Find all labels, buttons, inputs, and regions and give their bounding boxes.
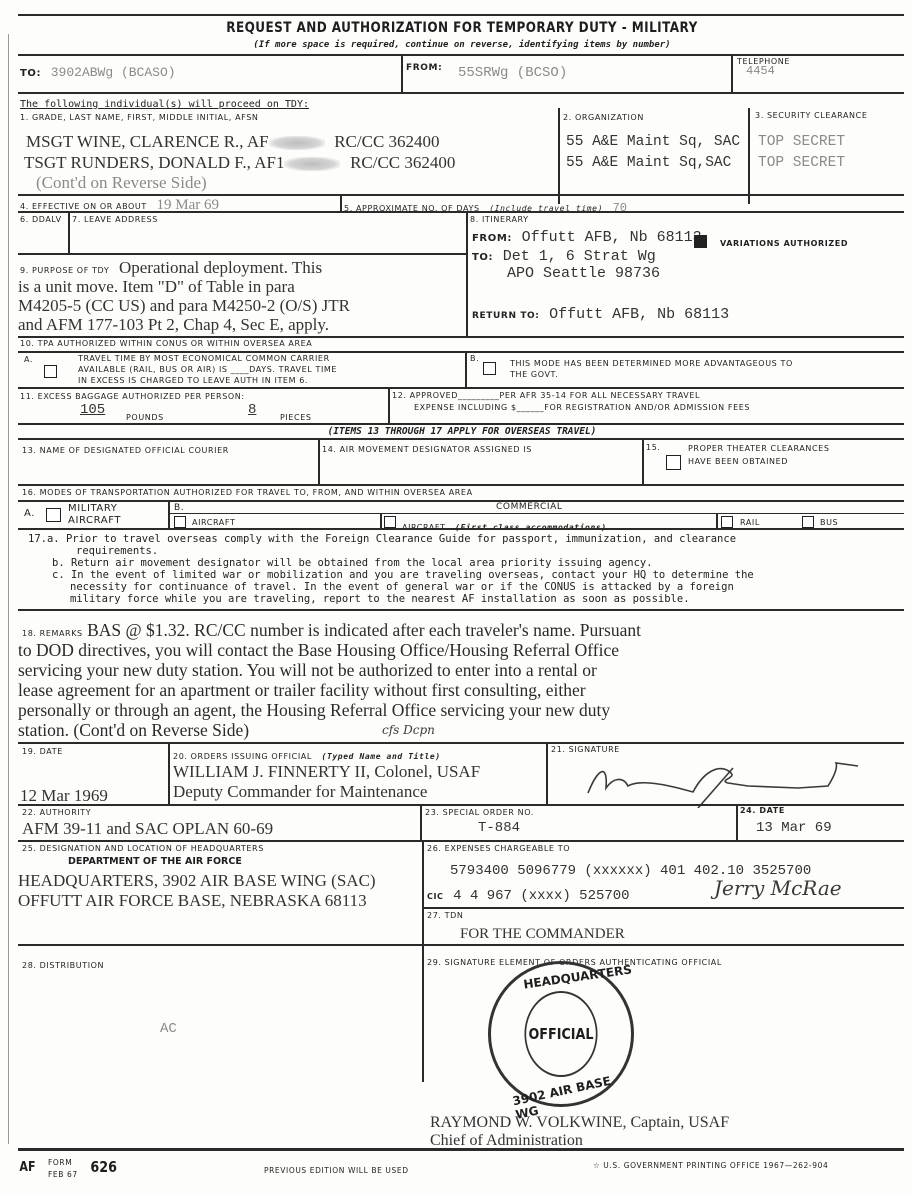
traveler-organization: 55 A&E Maint Sq,SAC xyxy=(566,155,731,171)
remarks-line: station. (Cont'd on Reverse Side) xyxy=(18,720,249,740)
issuing-official-name: WILLIAM J. FINNERTY II, Colonel, USAF xyxy=(173,762,480,782)
form-title: REQUEST AND AUTHORIZATION FOR TEMPORARY … xyxy=(80,20,844,36)
remarks-line: to DOD directives, you will contact the … xyxy=(18,640,619,660)
name-column-label: 1. GRADE, LAST NAME, FIRST, MIDDLE INITI… xyxy=(20,113,258,122)
item-5-approx-days: 5. APPROXIMATE NO. OF DAYS (Include trav… xyxy=(344,198,627,216)
item-8-itinerary-label: 8. ITINERARY xyxy=(470,215,529,224)
tpa-advantageous-checkbox[interactable] xyxy=(483,362,496,375)
item-12-line2: EXPENSE INCLUDING $______FOR REGISTRATIO… xyxy=(414,403,750,412)
traveler-rccc: RC/CC 362400 xyxy=(350,153,455,172)
headquarters-line2: OFFUTT AIR FORCE BASE, NEBRASKA 68113 xyxy=(18,891,367,911)
official-seal: HEADQUARTERS OFFICIAL 3902 AIR BASE WG xyxy=(488,961,634,1107)
variations-authorized-checkbox[interactable] xyxy=(694,235,707,248)
itinerary-to: TO: Det 1, 6 Strat Wg xyxy=(472,247,656,265)
item-9-purpose: 9. PURPOSE OF TDY Operational deployment… xyxy=(20,258,322,278)
itinerary-to-line2: APO Seattle 98736 xyxy=(507,265,660,282)
headquarters-line1: HEADQUARTERS, 3902 AIR BASE WING (SAC) xyxy=(18,871,376,891)
travelers-continued: (Cont'd on Reverse Side) xyxy=(36,173,207,193)
purpose-line: and AFM 177-103 Pt 2, Chap 4, Sec E, app… xyxy=(18,315,329,335)
military-aircraft-checkbox[interactable] xyxy=(46,508,61,522)
remarks-line: lease agreement for an apartment or trai… xyxy=(18,680,586,700)
organization-column-label: 2. ORGANIZATION xyxy=(563,113,644,122)
item-11-label: 11. EXCESS BAGGAGE AUTHORIZED PER PERSON… xyxy=(20,392,245,401)
printing-office-note: ☆ U.S. GOVERNMENT PRINTING OFFICE 1967—2… xyxy=(593,1161,828,1170)
item-16-label: 16. MODES OF TRANSPORTATION AUTHORIZED F… xyxy=(22,488,473,497)
item-24-label: 24. DATE xyxy=(740,806,785,815)
item-21-label: 21. SIGNATURE xyxy=(551,745,620,754)
form-number: 626 xyxy=(90,1158,117,1176)
traveler-organization: 55 A&E Maint Sq, SAC xyxy=(566,134,740,150)
commercial-aircraft-checkbox[interactable] xyxy=(174,516,186,528)
expenses-initials: Jerry McRae xyxy=(714,876,842,900)
variations-authorized-label: VARIATIONS AUTHORIZED xyxy=(720,239,848,248)
authenticating-official-name: RAYMOND W. VOLKWINE, Captain, USAF xyxy=(430,1114,729,1132)
clearance-column-label: 3. SECURITY CLEARANCE xyxy=(755,111,868,120)
purpose-line: M4205-5 (CC US) and para M4250-2 (O/S) J… xyxy=(18,296,350,316)
item-7-leave-address: 7. LEAVE ADDRESS xyxy=(72,215,158,224)
issuing-official-title: Deputy Commander for Maintenance xyxy=(173,782,427,802)
traveler-row: MSGT WINE, CLARENCE R., AF RC/CC 362400 xyxy=(26,132,440,152)
department-label: DEPARTMENT OF THE AIR FORCE xyxy=(68,856,242,867)
remarks-line: servicing your new duty station. You wil… xyxy=(18,660,597,680)
to-value: 3902ABWg (BCASO) xyxy=(51,65,176,80)
item-23-label: 23. SPECIAL ORDER NO. xyxy=(425,808,534,817)
traveler-clearance: TOP SECRET xyxy=(758,155,845,171)
item-25-label: 25. DESIGNATION AND LOCATION OF HEADQUAR… xyxy=(22,844,264,853)
item-10-label: 10. TPA AUTHORIZED WITHIN CONUS OR WITHI… xyxy=(20,339,312,348)
bus-checkbox[interactable] xyxy=(802,516,814,528)
tdn-value: FOR THE COMMANDER xyxy=(460,926,625,943)
previous-edition-note: PREVIOUS EDITION WILL BE USED xyxy=(264,1166,409,1175)
theater-clearance-checkbox[interactable] xyxy=(666,455,681,470)
purpose-line: is a unit move. Item "D" of Table in par… xyxy=(18,277,295,297)
telephone-value: 4454 xyxy=(746,64,775,78)
traveler-row: TSGT RUNDERS, DONALD F., AF1 RC/CC 36240… xyxy=(24,153,455,173)
traveler-rccc: RC/CC 362400 xyxy=(334,132,439,151)
special-order-value: T-884 xyxy=(478,820,520,836)
signature-scribble xyxy=(568,758,888,808)
distribution-value: AC xyxy=(160,1021,177,1037)
first-class-aircraft-checkbox[interactable] xyxy=(384,516,396,528)
commercial-label: COMMERCIAL xyxy=(496,502,563,512)
item-12-line1: 12. APPROVED_________PER AFR 35-14 FOR A… xyxy=(392,391,700,400)
authority-value: AFM 39-11 and SAC OPLAN 60-69 xyxy=(22,819,273,839)
item-19-date: 12 Mar 1969 xyxy=(20,786,108,806)
redacted-afsn xyxy=(269,136,325,150)
traveler-clearance: TOP SECRET xyxy=(758,134,845,150)
tpa-travel-time-checkbox[interactable] xyxy=(44,365,57,378)
item-26-label: 26. EXPENSES CHARGEABLE TO xyxy=(427,844,570,853)
item-27-label: 27. TDN xyxy=(427,911,464,920)
travelers-intro: The following individual(s) will proceed… xyxy=(20,98,309,111)
to-field: TO: 3902ABWg (BCASO) xyxy=(20,63,176,81)
baggage-pounds-value: 105 xyxy=(80,402,105,418)
item-14-air-movement: 14. AIR MOVEMENT DESIGNATOR ASSIGNED IS xyxy=(322,445,532,454)
redacted-afsn xyxy=(284,157,340,171)
from-value: 55SRWg (BCSO) xyxy=(458,65,567,81)
item-19-label: 19. DATE xyxy=(22,747,63,756)
form-subtitle: (If more space is required, continue on … xyxy=(18,40,906,50)
item-22-label: 22. AUTHORITY xyxy=(22,808,91,817)
baggage-pieces-value: 8 xyxy=(248,402,256,418)
remarks-line: personally or through an agent, the Hous… xyxy=(18,700,610,720)
itinerary-from: FROM: Offutt AFB, Nb 68113 xyxy=(472,228,702,246)
from-field: FROM: xyxy=(406,57,442,75)
traveler-name: MSGT WINE, CLARENCE R., AF xyxy=(26,132,269,151)
traveler-name: TSGT RUNDERS, DONALD F., AF1 xyxy=(24,153,284,172)
footer-af: AF xyxy=(19,1160,35,1175)
order-date-value: 13 Mar 69 xyxy=(756,820,832,836)
overseas-banner: (ITEMS 13 THROUGH 17 APPLY FOR OVERSEAS … xyxy=(18,426,906,437)
remarks-handwritten-initials: cfs Dcpn xyxy=(382,723,435,737)
expenses-line2: 4 4 967 (xxxx) 525700 xyxy=(453,888,629,904)
itinerary-return: RETURN TO: Offutt AFB, Nb 68113 xyxy=(472,305,729,323)
item-13-courier: 13. NAME OF DESIGNATED OFFICIAL COURIER xyxy=(22,446,229,455)
rail-checkbox[interactable] xyxy=(721,516,733,528)
item-28-label: 28. DISTRIBUTION xyxy=(22,961,104,970)
item-6-ddalv: 6. DDALV xyxy=(20,215,62,224)
